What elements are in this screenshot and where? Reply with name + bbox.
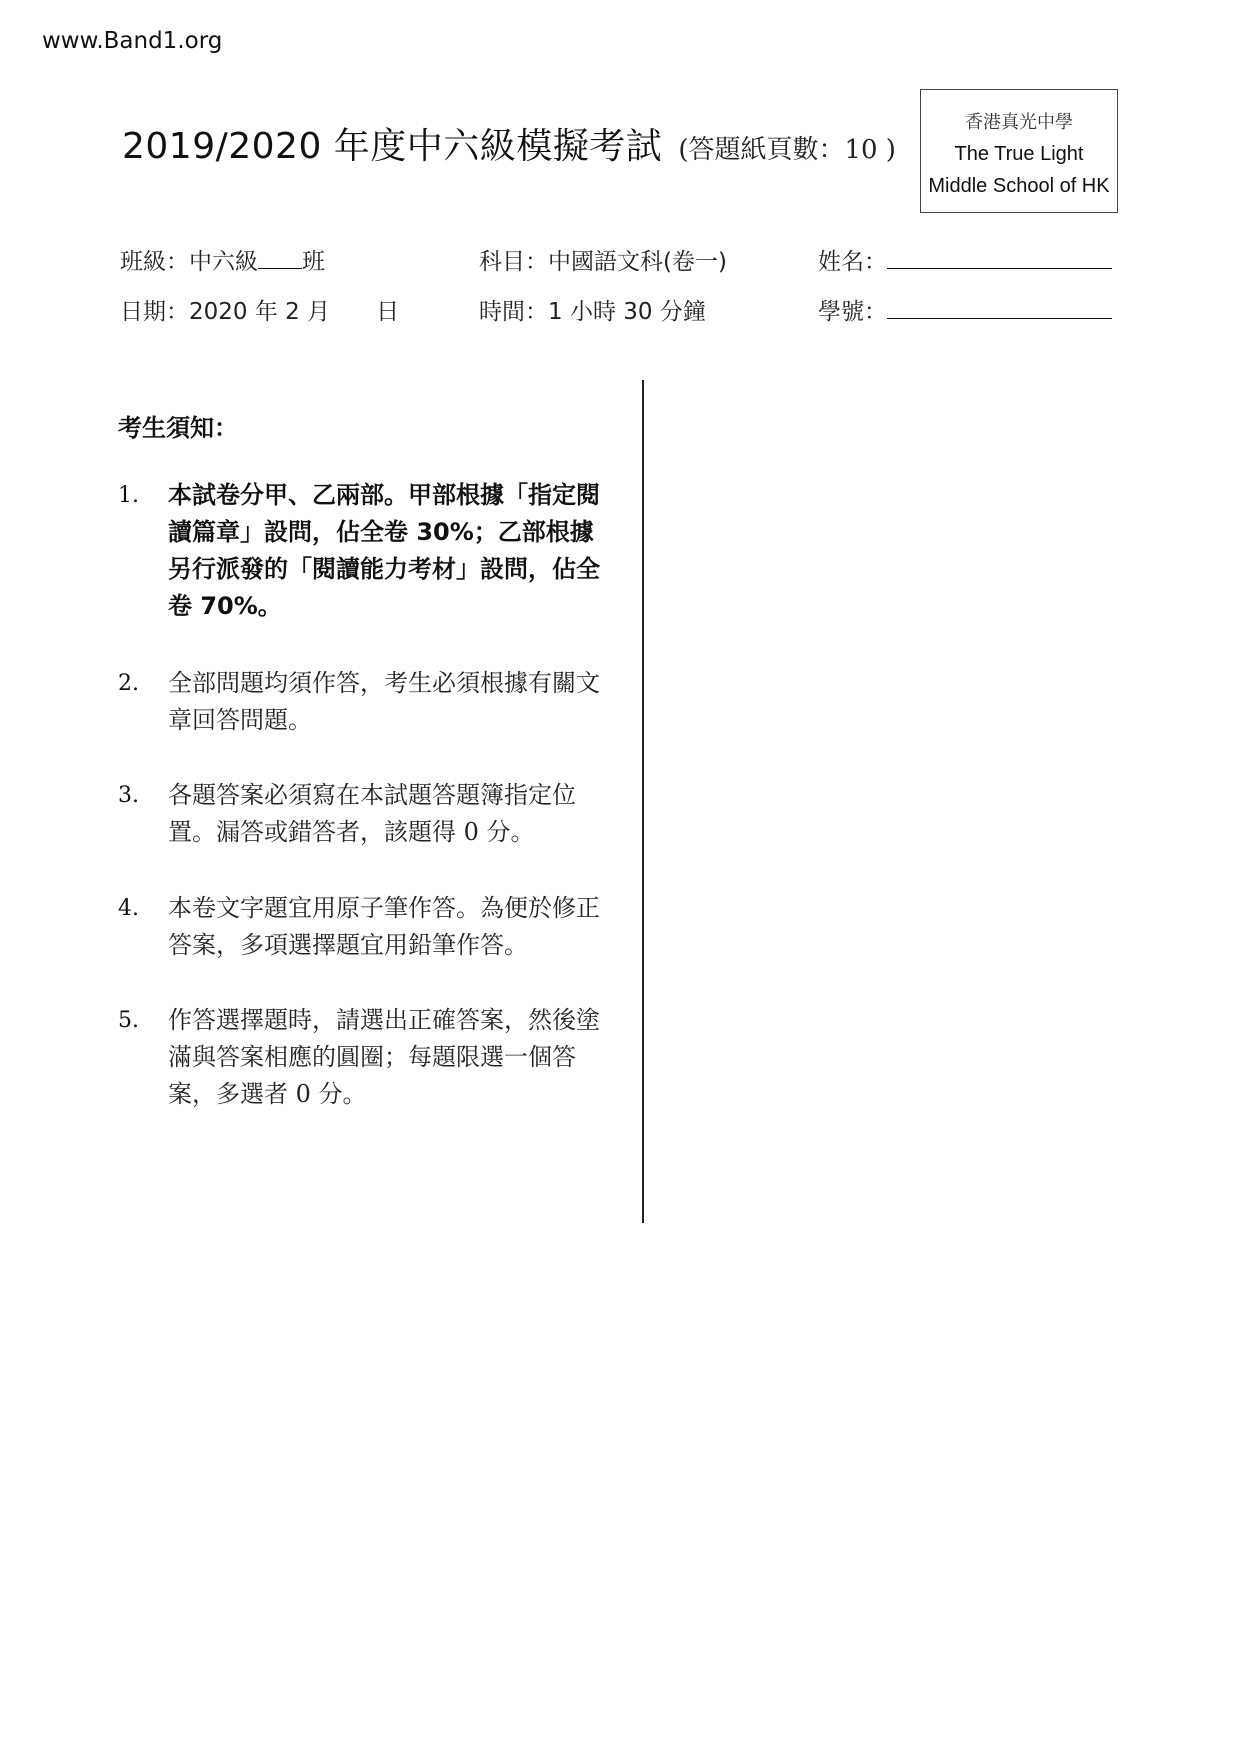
class-label: 班級：中六級 bbox=[120, 249, 258, 275]
school-name-zh: 香港真光中學 bbox=[921, 108, 1117, 134]
item-number: 2. bbox=[118, 665, 139, 702]
item-text: 全部問題均須作答，考生必須根據有關文章回答問題。 bbox=[168, 665, 608, 739]
exam-title: 2019/2020 年度中六級模擬考試 bbox=[122, 126, 662, 167]
school-name-en-2: Middle School of HK bbox=[921, 174, 1117, 198]
instruction-item-3: 3. 各題答案必須寫在本試題答題簿指定位置。漏答或錯答者，該題得 0 分。 bbox=[118, 777, 608, 851]
watermark: www.Band1.org bbox=[42, 28, 222, 54]
student-no-field: 學號： bbox=[818, 293, 1112, 326]
name-label: 姓名： bbox=[818, 249, 887, 275]
instruction-item-2: 2. 全部問題均須作答，考生必須根據有關文章回答問題。 bbox=[118, 665, 608, 739]
date-field: 日期：2020 年 2 月 日 bbox=[120, 293, 399, 326]
answer-pages-note: (答題紙頁數：10 ) bbox=[678, 135, 896, 165]
item-number: 1. bbox=[118, 477, 139, 514]
item-number: 3. bbox=[118, 777, 139, 814]
instruction-item-5: 5. 作答選擇題時，請選出正確答案，然後塗滿與答案相應的圓圈；每題限選一個答案，… bbox=[118, 1002, 608, 1113]
school-name-box: 香港真光中學 The True Light Middle School of H… bbox=[920, 89, 1118, 213]
item-text: 本試卷分甲、乙兩部。甲部根據「指定閱讀篇章」設問，佔全卷 30%；乙部根據另行派… bbox=[168, 477, 608, 625]
item-text: 作答選擇題時，請選出正確答案，然後塗滿與答案相應的圓圈；每題限選一個答案，多選者… bbox=[168, 1002, 608, 1113]
instruction-item-4: 4. 本卷文字題宜用原子筆作答。為便於修正答案，多項選擇題宜用鉛筆作答。 bbox=[118, 890, 608, 964]
name-field: 姓名： bbox=[818, 243, 1112, 276]
instructions-heading: 考生須知： bbox=[118, 408, 238, 443]
item-number: 4. bbox=[118, 890, 139, 927]
time-field: 時間：1 小時 30 分鐘 bbox=[479, 293, 706, 326]
name-blank[interactable] bbox=[887, 268, 1112, 269]
item-text: 各題答案必須寫在本試題答題簿指定位置。漏答或錯答者，該題得 0 分。 bbox=[168, 777, 608, 851]
class-suffix: 班 bbox=[302, 249, 325, 275]
student-no-label: 學號： bbox=[818, 299, 887, 325]
school-name-en-1: The True Light bbox=[921, 142, 1117, 166]
subject-field: 科目：中國語文科(卷一) bbox=[479, 243, 727, 276]
item-text: 本卷文字題宜用原子筆作答。為便於修正答案，多項選擇題宜用鉛筆作答。 bbox=[168, 890, 608, 964]
column-divider bbox=[642, 380, 644, 1223]
class-blank[interactable] bbox=[258, 268, 302, 269]
student-no-blank[interactable] bbox=[887, 318, 1112, 319]
header: 2019/2020 年度中六級模擬考試 (答題紙頁數：10 ) bbox=[122, 118, 896, 169]
item-number: 5. bbox=[118, 1002, 139, 1039]
instruction-item-1: 1. 本試卷分甲、乙兩部。甲部根據「指定閱讀篇章」設問，佔全卷 30%；乙部根據… bbox=[118, 477, 608, 625]
class-field: 班級：中六級班 bbox=[120, 243, 325, 276]
